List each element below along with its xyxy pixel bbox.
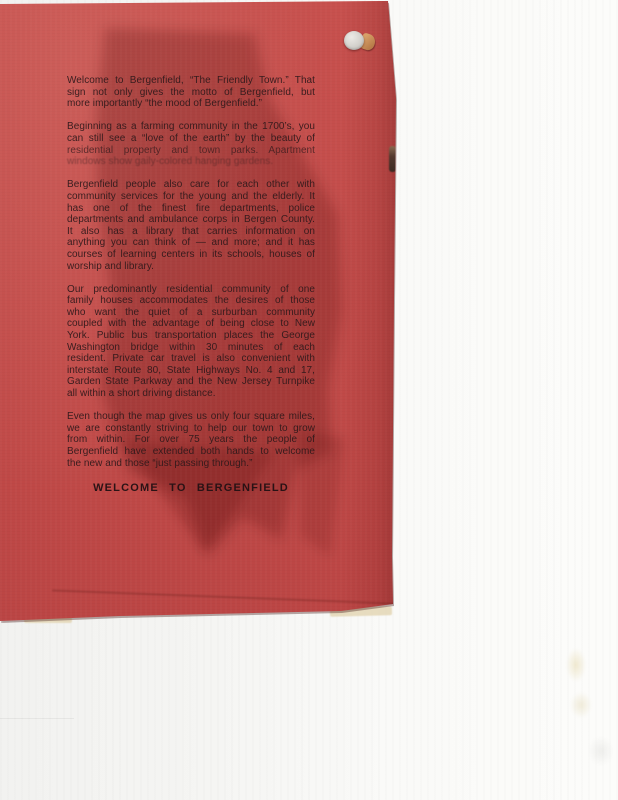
text-line: residential property and town parks. Apa… <box>67 145 315 157</box>
text-line: Welcome to Bergenfield, “The Friendly To… <box>67 75 315 87</box>
text-line: Bergenfield people also care for each ot… <box>67 179 315 191</box>
text-line: Beginning as a farming community in the … <box>67 121 315 133</box>
text-line: courses of learning centers in its schoo… <box>67 249 315 261</box>
paragraph-community: Bergenfield people also care for each ot… <box>67 179 315 272</box>
background-crease-line <box>0 718 74 719</box>
text-line: coupled with the advantage of being clos… <box>67 318 315 330</box>
text-line: anything you can think of — and more; an… <box>67 237 315 249</box>
yellow-stain <box>566 648 586 682</box>
red-pamphlet-paper: Welcome to Bergenfield, “The Friendly To… <box>0 0 397 622</box>
text-line: Even though the map gives us only four s… <box>67 411 315 423</box>
text-line: departments and ambulance corps in Berge… <box>67 214 315 226</box>
text-line: community services for the young and the… <box>67 191 315 203</box>
text-line: Bergenfield have extended both hands to … <box>67 446 315 458</box>
torn-edge-notch <box>389 146 396 172</box>
text-line: we are constantly striving to help our t… <box>67 423 315 435</box>
text-line: more importantly “the mood of Bergenfiel… <box>67 98 315 110</box>
pamphlet-text: Welcome to Bergenfield, “The Friendly To… <box>67 75 315 495</box>
yellow-stain <box>570 692 592 718</box>
paragraph-history: Beginning as a farming community in the … <box>67 121 315 167</box>
text-line: Washington bridge within 30 minutes of e… <box>67 342 315 354</box>
text-line: sign not only gives the motto of Bergenf… <box>67 87 315 99</box>
gray-smudge <box>588 736 614 766</box>
text-line: family houses accommodates the desires o… <box>67 295 315 307</box>
paragraph-growth: Even though the map gives us only four s… <box>67 411 315 469</box>
punch-hole <box>344 31 364 50</box>
text-line: worship and library. <box>67 261 315 273</box>
text-line: It also has a library that carries infor… <box>67 226 315 238</box>
text-line: interstate Route 80, State Highways No. … <box>67 365 315 377</box>
text-line: York. Public bus transportation places t… <box>67 330 315 342</box>
text-line: Our predominantly residential community … <box>67 284 315 296</box>
text-line: Garden State Parkway and the New Jersey … <box>67 376 315 388</box>
text-line: resident. Private car travel is also con… <box>67 353 315 365</box>
paragraph-residential: Our predominantly residential community … <box>67 284 315 400</box>
text-line: the new and those “just passing through.… <box>67 458 315 470</box>
paragraph-welcome: Welcome to Bergenfield, “The Friendly To… <box>67 75 315 110</box>
welcome-headline: WELCOME TO BERGENFIELD <box>67 483 315 495</box>
scanned-page: Welcome to Bergenfield, “The Friendly To… <box>0 0 618 800</box>
text-line: who want the quiet of a surburban commun… <box>67 307 315 319</box>
text-line: has one of the finest fire departments, … <box>67 203 315 215</box>
text-line: windows show gaily-colored hanging garde… <box>67 156 315 168</box>
text-line: from within. For over 75 years the peopl… <box>67 434 315 446</box>
text-line: can still see a “love of the earth” by t… <box>67 133 315 145</box>
text-line: all within a short driving distance. <box>67 388 315 400</box>
